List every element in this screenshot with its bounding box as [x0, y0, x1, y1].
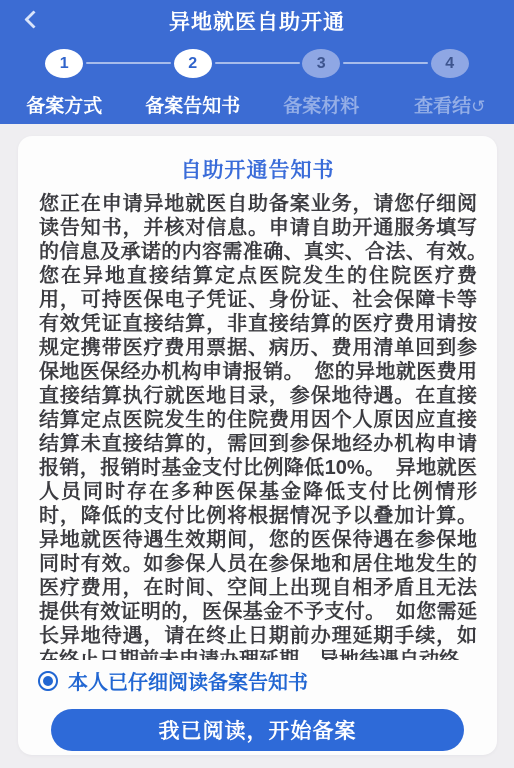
back-icon[interactable]	[24, 10, 42, 28]
step-4-label-text: 查看结	[414, 96, 471, 117]
agreement-label: 本人已仔细阅读备案告知书	[68, 666, 308, 695]
step-2: 2 备案告知书	[129, 49, 258, 118]
step-4-number: 4	[431, 49, 469, 78]
step-3-label: 备案材料	[283, 91, 359, 118]
step-1-label: 备案方式	[26, 91, 102, 118]
step-1-number: 1	[45, 49, 83, 78]
step-3-number: 3	[302, 49, 340, 78]
step-3: 3 备案材料	[257, 49, 386, 118]
confirm-read-button[interactable]: 我已阅读，开始备案	[51, 709, 464, 751]
refresh-icon: ↺	[471, 97, 485, 116]
agreement-row[interactable]: 本人已仔细阅读备案告知书	[38, 666, 497, 695]
stepper: 1 备案方式 2 备案告知书 3 备案材料 4 查看结↺	[0, 42, 514, 118]
step-connector	[343, 62, 428, 64]
remote-medical-activation-screen: 异地就医自助开通 1 备案方式 2 备案告知书 3 备案材料 4 查看结↺	[0, 0, 514, 768]
step-4: 4 查看结↺	[386, 49, 514, 118]
navbar: 异地就医自助开通	[0, 0, 514, 42]
notice-title: 自助开通告知书	[18, 136, 497, 183]
notice-card: 自助开通告知书 您正在申请异地就医自助备案业务，请您仔细阅读告知书，并核对信息。…	[18, 136, 497, 755]
radio-selected-icon[interactable]	[38, 671, 58, 691]
notice-body-scroll[interactable]: 您正在申请异地就医自助备案业务，请您仔细阅读告知书，并核对信息。申请自助开通服务…	[39, 192, 477, 660]
step-2-number: 2	[174, 49, 212, 78]
step-2-label: 备案告知书	[145, 91, 240, 118]
step-connector	[215, 62, 300, 64]
page-title: 异地就医自助开通	[169, 6, 345, 36]
step-connector	[86, 62, 171, 64]
app-header: 异地就医自助开通 1 备案方式 2 备案告知书 3 备案材料 4 查看结↺	[0, 0, 514, 124]
step-4-label: 查看结↺	[414, 91, 485, 118]
step-1: 1 备案方式	[0, 49, 129, 118]
